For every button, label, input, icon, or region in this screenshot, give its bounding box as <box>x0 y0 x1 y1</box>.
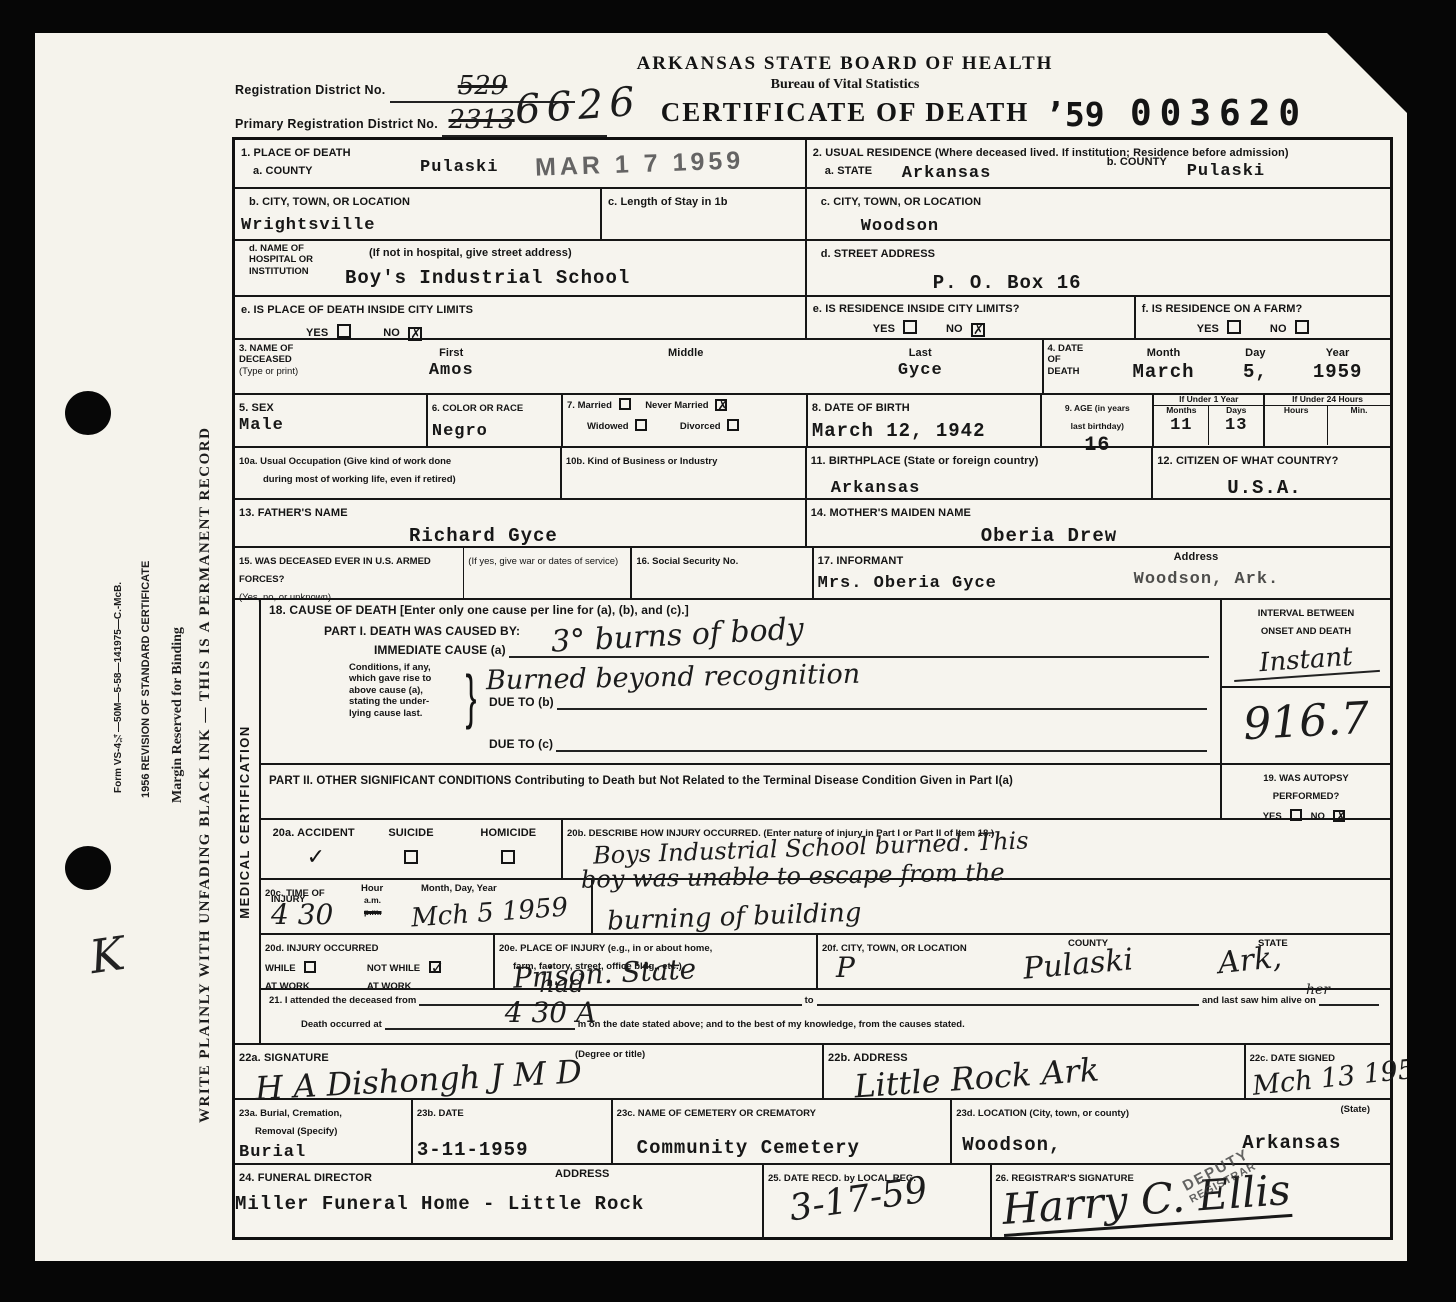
age-label-1: 9. AGE (in years <box>1065 403 1130 413</box>
residence-county-label: b. COUNTY <box>1107 156 1167 169</box>
checkbox-1e-yes <box>337 324 351 338</box>
age-label-2: last birthday) <box>1071 421 1124 431</box>
received-date-stamp: MAR 1 7 1959 <box>535 146 745 182</box>
conditions-note-4: stating the under- <box>349 696 429 707</box>
checkbox-2e-yes <box>903 320 917 334</box>
section-mother-maiden-name: 14. MOTHER'S MAIDEN NAME Oberia Drew <box>807 500 1390 546</box>
margin-permanent-record-note: WRITE PLAINLY WITH UNFADING BLACK INK — … <box>197 148 214 1123</box>
section-name-of-deceased: 3. NAME OF DECEASED (Type or print) Firs… <box>235 340 1044 393</box>
yes-label-2f: YES <box>1197 323 1219 335</box>
attended-to-label: to <box>805 995 814 1006</box>
no-label-2f: NO <box>1270 323 1287 335</box>
death-month-label: Month <box>1147 347 1180 359</box>
citizen-value: U.S.A. <box>1227 477 1386 499</box>
hospital-value: Boy's Industrial School <box>345 267 630 289</box>
homicide-label: HOMICIDE <box>480 827 536 839</box>
certificate-paper: Form VS-4¼—50M—5-58—141975—C.-McB. 1956 … <box>35 33 1407 1261</box>
conditions-note-1: Conditions, if any, <box>349 662 431 673</box>
place-of-death-label: 1. PLACE OF DEATH <box>241 147 351 159</box>
name-of-deceased-label-2: DECEASED <box>239 354 292 365</box>
section-physician-signature: 22a. SIGNATURE (Degree or title) H A Dis… <box>235 1045 824 1098</box>
section-interval: INTERVAL BETWEEN ONSET AND DEATH Instant… <box>1222 600 1390 763</box>
checkbox-not-while-at-work: ✓ <box>429 961 441 973</box>
section-father-name: 13. FATHER'S NAME Richard Gyce <box>235 500 807 546</box>
date-of-death-label-1: 4. DATE <box>1048 343 1084 354</box>
hour-label: Hour <box>361 883 383 894</box>
physician-address-label: 22b. ADDRESS <box>828 1052 908 1064</box>
section-sex: 5. SEX Male <box>235 395 428 446</box>
medical-certification-vertical-label: MEDICAL CERTIFICATION <box>237 725 252 919</box>
autopsy-label-1: 19. WAS AUTOPSY <box>1263 773 1349 784</box>
interval-label-1: INTERVAL BETWEEN <box>1258 608 1355 619</box>
handwritten-k-mark: K <box>86 926 128 984</box>
part1-label: PART I. DEATH WAS CAUSED BY: <box>324 624 520 638</box>
birthplace-label: 11. BIRTHPLACE (State or foreign country… <box>811 455 1039 467</box>
hospital-note: (If not in hospital, give street address… <box>369 247 572 259</box>
burial-date-value: 3-11-1959 <box>417 1139 607 1161</box>
citizen-label: 12. CITIZEN OF WHAT COUNTRY? <box>1157 455 1338 467</box>
section-birthplace: 11. BIRTHPLACE (State or foreign country… <box>807 448 1154 498</box>
cemetery-city-value: Woodson, <box>962 1134 1061 1156</box>
checkbox-2f-yes <box>1227 320 1241 334</box>
due-to-b-label: DUE TO (b) <box>489 696 554 710</box>
section-date-of-death: 4. DATE OF DEATH Month March Day 5, Year… <box>1044 340 1391 393</box>
cemetery-state-label: (State) <box>1340 1104 1370 1115</box>
section-part2: PART II. OTHER SIGNIFICANT CONDITIONS Co… <box>261 765 1222 818</box>
section-funeral-director: 24. FUNERAL DIRECTOR ADDRESS Miller Fune… <box>235 1165 764 1240</box>
death-year-label: Year <box>1326 347 1350 359</box>
board-of-health-title: ARKANSAS STATE BOARD OF HEALTH <box>615 53 1075 75</box>
burial-label-2: Removal (Specify) <box>255 1126 337 1137</box>
injury-city-handwritten: P <box>836 951 855 984</box>
conditions-brace: } <box>466 670 477 724</box>
punch-hole-top <box>65 391 111 435</box>
section-accident-suicide-homicide: 20a. ACCIDENT ✓ SUICIDE HOMICIDE <box>261 820 563 878</box>
date-of-death-label-2: OF <box>1048 354 1061 365</box>
never-married-label: Never Married <box>645 400 708 411</box>
hospital-label-1: d. NAME OF <box>249 243 304 254</box>
cemetery-label: 23c. NAME OF CEMETERY OR CREMATORY <box>617 1108 816 1119</box>
section-registrar-signature: 26. REGISTRAR'S SIGNATURE Harry C. Ellis… <box>992 1165 1390 1240</box>
section-autopsy: 19. WAS AUTOPSY PERFORMED? YES NO ✗ <box>1222 765 1390 818</box>
usual-residence-label: 2. USUAL RESIDENCE (Where deceased lived… <box>813 147 1289 159</box>
section-burial-type: 23a. Burial, Cremation, Removal (Specify… <box>235 1100 413 1163</box>
section-under-one-year: If Under 1 Year Months 11 Days 13 <box>1154 395 1265 446</box>
death-day-value: 5, <box>1222 361 1290 383</box>
section-physician-address: 22b. ADDRESS Little Rock Ark <box>824 1045 1246 1098</box>
medical-certification-strip: MEDICAL CERTIFICATION <box>235 600 261 1043</box>
divorced-label: Divorced <box>680 421 721 432</box>
section-under-24-hours: If Under 24 Hours Hours Min. <box>1265 395 1390 446</box>
section-date-signed: 22c. DATE SIGNED Mch 13 1959- <box>1246 1045 1390 1098</box>
not-while-label: NOT WHILE <box>367 963 420 974</box>
residence-on-farm-label: f. IS RESIDENCE ON A FARM? <box>1142 303 1303 315</box>
residence-state-label: a. STATE <box>825 165 872 177</box>
armed-forces-war-note: (If yes, give war or dates of service) <box>468 556 618 567</box>
conditions-note-3: above cause (a), <box>349 685 423 696</box>
certificate-of-death-title: CERTIFICATE OF DEATH <box>615 97 1075 128</box>
days-label: Days <box>1209 406 1263 416</box>
middle-name-label: Middle <box>668 347 703 359</box>
informant-address-value: Woodson, Ark. <box>1134 570 1280 589</box>
icd-code-handwritten: 916.7 <box>1221 684 1392 752</box>
part2-label: PART II. OTHER SIGNIFICANT CONDITIONS Co… <box>269 775 1013 787</box>
section-usual-occupation: 10a. Usual Occupation (Give kind of work… <box>235 448 562 498</box>
no-label-2e: NO <box>946 323 963 335</box>
section-informant: 17. INFORMANT Address Mrs. Oberia Gyce W… <box>814 548 1390 598</box>
death-month-value: March <box>1106 361 1222 383</box>
conditions-note-2: which gave rise to <box>349 673 431 684</box>
certificate-form: 1. PLACE OF DEATH a. COUNTY Pulaski MAR … <box>232 137 1393 1240</box>
months-label: Months <box>1154 406 1208 416</box>
residence-state-value: Arkansas <box>902 164 992 183</box>
date-of-birth-label: 8. DATE OF BIRTH <box>812 402 910 414</box>
last-name-value: Gyce <box>803 361 1038 380</box>
widowed-label: Widowed <box>587 421 629 432</box>
hospital-label-2: HOSPITAL OR <box>249 254 313 265</box>
father-name-label: 13. FATHER'S NAME <box>239 507 348 519</box>
section-color-or-race: 6. COLOR OR RACE Negro <box>428 395 563 446</box>
death-occurred-at-label: Death occurred at <box>301 1019 382 1030</box>
residence-city-value: Woodson <box>861 217 1384 236</box>
section-business-industry: 10b. Kind of Business or Industry <box>562 448 807 498</box>
checkbox-married <box>619 398 631 410</box>
county-label: a. COUNTY <box>253 165 313 177</box>
months-value: 11 <box>1154 416 1208 435</box>
section-usual-residence: 2. USUAL RESIDENCE (Where deceased lived… <box>807 140 1390 338</box>
primary-registration-district-label: Primary Registration District No. <box>235 117 438 131</box>
no-label-1e: NO <box>383 327 400 339</box>
checkbox-2e-no: ✗ <box>971 323 985 337</box>
punch-hole-bottom <box>65 846 111 890</box>
name-of-deceased-label-1: 3. NAME OF <box>239 343 293 354</box>
death-year-value: 1959 <box>1289 361 1386 383</box>
checkbox-1e-no: ✗ <box>408 327 422 341</box>
occupation-label-2: during most of working life, even if ret… <box>263 474 456 485</box>
mother-maiden-name-label: 14. MOTHER'S MAIDEN NAME <box>811 507 971 519</box>
last-name-label: Last <box>909 347 932 359</box>
accident-number: 20a. <box>273 827 295 839</box>
sex-label: 5. SEX <box>239 402 274 414</box>
interval-handwritten: Instant <box>1232 640 1380 682</box>
checkbox-never-married: ✗ <box>715 399 727 411</box>
due-to-c-label: DUE TO (c) <box>489 738 553 752</box>
first-name-label: First <box>439 347 463 359</box>
burial-value: Burial <box>239 1143 407 1162</box>
checkbox-homicide <box>501 850 515 864</box>
injury-state-handwritten: Ark, <box>1216 940 1283 981</box>
certificate-year-stamp: ’59 <box>1045 95 1105 134</box>
street-address-label: d. STREET ADDRESS <box>821 248 935 260</box>
yes-label-1e: YES <box>306 327 328 339</box>
injury-county-handwritten: Pulaski <box>1022 942 1135 986</box>
residence-city-label: c. CITY, TOWN, OR LOCATION <box>821 196 981 208</box>
checkbox-accident: ✓ <box>307 852 321 866</box>
interval-label-2: ONSET AND DEATH <box>1261 626 1351 637</box>
marital-number: 7. <box>567 400 575 411</box>
section-describe-injury: 20b. DESCRIBE HOW INJURY OCCURRED. (Ente… <box>563 820 1390 878</box>
section-citizen: 12. CITIZEN OF WHAT COUNTRY? U.S.A. <box>1153 448 1390 498</box>
section-burial-date: 23b. DATE 3-11-1959 <box>413 1100 613 1163</box>
death-day-label: Day <box>1245 347 1265 359</box>
mother-maiden-name-value: Oberia Drew <box>981 525 1386 547</box>
last-saw-alive-label: and last saw him alive on <box>1202 995 1316 1006</box>
cemetery-location-label: 23d. LOCATION (City, town, or county) <box>956 1108 1129 1119</box>
county-value: Pulaski <box>420 158 498 177</box>
section-date-received: 25. DATE RECD. by LOCAL REG. 3-17-59 <box>764 1165 992 1240</box>
hospital-label-3: INSTITUTION <box>249 266 309 277</box>
city-town-label: b. CITY, TOWN, OR LOCATION <box>249 196 410 208</box>
minutes-label: Min. <box>1328 406 1390 416</box>
funeral-director-address-label: ADDRESS <box>555 1168 610 1181</box>
checkbox-while-at-work <box>304 961 316 973</box>
accident-label: ACCIDENT <box>297 827 355 839</box>
section-age: 9. AGE (in years last birthday) 16 <box>1042 395 1154 446</box>
first-name-value: Amos <box>334 361 569 380</box>
margin-binding-note: Margin Reserved for Binding <box>170 513 186 803</box>
margin-form-code: Form VS-4¼—50M—5-58—141975—C.-McB. <box>113 388 124 793</box>
informant-label: 17. INFORMANT <box>818 555 904 567</box>
causes-stated-label: m on the date stated above; and to the b… <box>578 1019 965 1030</box>
suicide-label: SUICIDE <box>388 827 433 839</box>
married-label: Married <box>578 400 612 411</box>
ssn-label: 16. Social Security No. <box>636 556 738 567</box>
autopsy-label-2: PERFORMED? <box>1273 791 1340 802</box>
am-label: a.m. <box>364 896 381 906</box>
funeral-director-value: Miller Funeral Home - Little Rock <box>235 1193 644 1215</box>
birthplace-value: Arkansas <box>831 479 1148 498</box>
injury-date-handwritten: Mch 5 1959 <box>410 893 569 934</box>
section-place-of-death: 1. PLACE OF DEATH a. COUNTY Pulaski MAR … <box>235 140 807 338</box>
burial-label-1: 23a. Burial, Cremation, <box>239 1108 342 1119</box>
bureau-subtitle: Bureau of Vital Statistics <box>615 77 1075 93</box>
occupation-label-1: 10a. Usual Occupation (Give kind of work… <box>239 456 451 467</box>
informant-address-label: Address <box>1174 551 1219 564</box>
race-value: Negro <box>432 422 557 441</box>
conditions-note-5: lying cause last. <box>349 708 422 719</box>
section-injury-location: 20f. CITY, TOWN, OR LOCATION COUNTY STAT… <box>818 935 1390 988</box>
cause-a2-handwritten: Burned beyond recognition <box>486 659 861 697</box>
date-signed-label: 22c. DATE SIGNED <box>1250 1053 1335 1064</box>
death-time-handwritten: 4 30 A <box>505 996 596 1029</box>
cemetery-state-value: Arkansas <box>1242 1132 1341 1154</box>
certificate-number: 003620 <box>1130 93 1308 134</box>
sex-value: Male <box>239 416 422 435</box>
pm-label: p.m. <box>364 908 381 918</box>
funeral-director-label: 24. FUNERAL DIRECTOR <box>239 1172 372 1184</box>
checkbox-divorced <box>727 419 739 431</box>
street-address-value: P. O. Box 16 <box>933 272 1384 294</box>
injury-hour-handwritten: 4 30 <box>271 898 333 931</box>
burial-date-label: 23b. DATE <box>417 1108 464 1119</box>
father-name-value: Richard Gyce <box>409 525 801 547</box>
section-marital-status: 7. Married Never Married ✗ Widowed Divor… <box>563 395 808 446</box>
residence-inside-city-limits-label: e. IS RESIDENCE INSIDE CITY LIMITS? <box>813 303 1020 315</box>
race-label: 6. COLOR OR RACE <box>432 403 523 414</box>
while-label: WHILE <box>265 963 296 974</box>
section-cemetery-location: 23d. LOCATION (City, town, or county) (S… <box>952 1100 1390 1163</box>
degree-title-label: (Degree or title) <box>575 1049 645 1060</box>
primary-district-value-struck: 2313 <box>448 105 514 135</box>
signature-label: 22a. SIGNATURE <box>239 1052 329 1064</box>
city-town-value: Wrightsville <box>241 216 594 235</box>
name-of-deceased-label-3: (Type or print) <box>239 366 298 377</box>
checkbox-suicide <box>404 850 418 864</box>
immediate-cause-label: IMMEDIATE CAUSE (a) <box>374 644 506 658</box>
business-label: 10b. Kind of Business or Industry <box>566 456 718 467</box>
registration-district-value-struck: 529 <box>458 71 508 101</box>
death-inside-city-limits-label: e. IS PLACE OF DEATH INSIDE CITY LIMITS <box>241 304 473 316</box>
section-attended-statement: 21. I attended the deceased from had to … <box>261 990 1390 1045</box>
margin-revision-note: 1956 REVISION OF STANDARD CERTIFICATE <box>140 423 152 798</box>
armed-forces-label: 15. WAS DECEASED EVER IN U.S. ARMED FORC… <box>239 556 431 585</box>
residence-county-value: Pulaski <box>1187 162 1265 181</box>
hours-label: Hours <box>1265 406 1327 416</box>
had-handwritten: had <box>539 970 584 998</box>
section-date-of-birth: 8. DATE OF BIRTH March 12, 1942 <box>808 395 1042 446</box>
injury-occurred-label: 20d. INJURY OCCURRED <box>265 943 379 954</box>
registration-district-label: Registration District No. <box>235 83 386 97</box>
cemetery-value: Community Cemetery <box>637 1137 947 1159</box>
checkbox-widowed <box>635 419 647 431</box>
days-value: 13 <box>1209 416 1263 435</box>
section-injury-at-work: 20d. INJURY OCCURRED WHILE AT WORK NOT W… <box>261 935 495 988</box>
yes-label-2e: YES <box>873 323 895 335</box>
month-day-year-label: Month, Day, Year <box>421 883 497 894</box>
section-time-of-injury: 20c. TIME OF Hour INJURY a.m. p.m. Month… <box>261 880 593 933</box>
scanned-death-certificate: Form VS-4¼—50M—5-58—141975—C.-McB. 1956 … <box>0 0 1456 1302</box>
checkbox-2f-no <box>1295 320 1309 334</box>
informant-value: Mrs. Oberia Gyce <box>818 574 997 593</box>
section-armed-forces: 15. WAS DECEASED EVER IN U.S. ARMED FORC… <box>235 548 632 598</box>
section-cemetery-name: 23c. NAME OF CEMETERY OR CREMATORY Commu… <box>613 1100 953 1163</box>
section-social-security: 16. Social Security No. <box>632 548 813 598</box>
length-of-stay-label: c. Length of Stay in 1b <box>608 196 728 208</box>
attended-from-label: 21. I attended the deceased from <box>269 995 416 1006</box>
date-of-birth-value: March 12, 1942 <box>812 420 1036 442</box>
section-cause-of-death: 18. CAUSE OF DEATH [Enter only one cause… <box>261 600 1222 763</box>
date-of-death-label-3: DEATH <box>1048 366 1080 377</box>
